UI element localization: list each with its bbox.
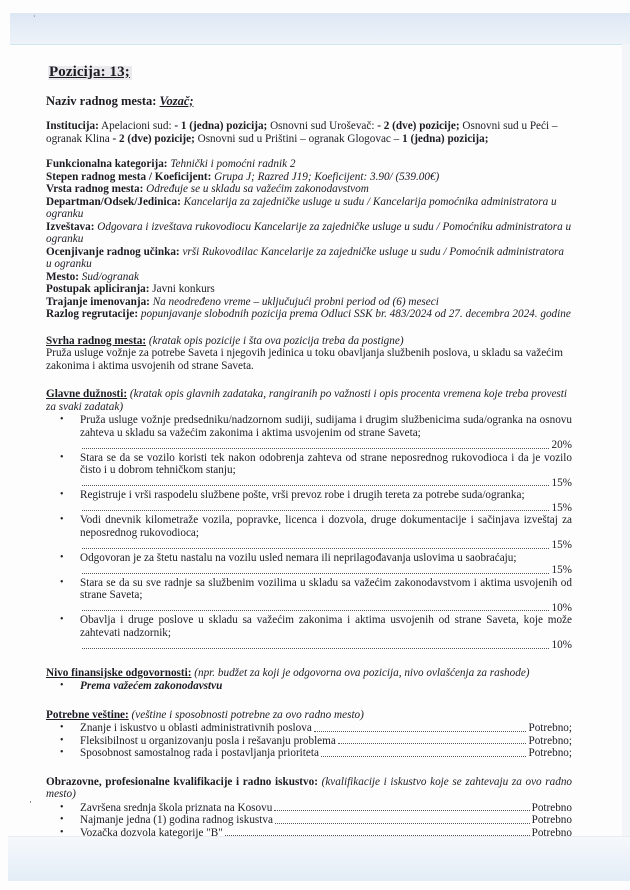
qualification-item-text: Najmanje jedna (1) godina radnog iskustv… (80, 814, 273, 827)
duty-text: Vodi dnevnik kilometraže vozila, popravk… (80, 514, 572, 539)
scan-bottom-band (8, 836, 630, 881)
qualifications-section: Obrazovne, profesionalne kvalifikacije i… (46, 776, 572, 840)
field-label: Izveštava: (46, 221, 94, 233)
financial-list: Prema važećem zakonodavstvu (46, 680, 572, 693)
duty-percent-line: 15% (80, 539, 572, 552)
duty-percent: 15% (551, 477, 572, 490)
field-value: Određuje se u skladu sa važećim zakonoda… (146, 183, 369, 195)
skill-item-requirement: Potrebno; (528, 735, 572, 748)
skill-item-text: Sposobnost samostalnog rada i postavljan… (80, 747, 319, 760)
duty-item: Stara se da su sve radnje sa službenim v… (80, 577, 572, 615)
skill-item-text: Fleksibilnost u organizovanju posla i re… (80, 735, 336, 748)
document-page: Pozicija: 13; Naziv radnog mesta: Vozač;… (46, 66, 572, 839)
dot-leader (82, 509, 549, 511)
purpose-section: Svrha radnog mesta: (kratak opis pozicij… (46, 335, 572, 373)
qualification-item-row: Završena srednja škola priznata na Kosov… (80, 802, 572, 815)
skill-item-text: Znanje i iskustvo u oblasti administrati… (80, 722, 312, 735)
duty-item: Obavlja i druge poslove u skladu sa važe… (80, 614, 572, 652)
dot-leader (225, 834, 530, 836)
institution-part: - 1 (jedna) pozicija; (174, 120, 267, 132)
dot-leader (82, 572, 549, 574)
dot-leader (275, 822, 530, 824)
purpose-note: (kratak opis pozicije i šta ova pozicija… (149, 335, 404, 347)
duty-percent: 20% (551, 439, 572, 452)
scan-top-band (10, 13, 630, 45)
scan-speck: · (33, 12, 36, 21)
position-title: Pozicija: 13; (48, 66, 132, 80)
job-name-value: Vozač; (160, 94, 194, 108)
field-row: Izveštava: Odgovara i izveštava rukovodi… (46, 221, 572, 246)
financial-section: Nivo finansijske odgovornosti: (npr. bud… (46, 667, 572, 693)
field-value: Na neodređeno vreme – uključujući probni… (153, 296, 439, 308)
institution: Institucija: Apelacioni sud: - 1 (jedna)… (46, 120, 572, 145)
skills-note: (veštine i sposobnosti potrebne za ovo r… (132, 709, 364, 721)
institution-part: 1 (jedna) pozicija; (402, 133, 488, 145)
duty-percent-line: 20% (80, 439, 572, 452)
field-value: Javni konkurs (152, 283, 214, 295)
skill-item: Znanje i iskustvo u oblasti administrati… (80, 722, 572, 735)
field-row: Mesto: Sud/ogranak (46, 271, 572, 284)
duty-text: Registruje i vrši raspodelu službene poš… (80, 489, 572, 502)
duty-item: Registruje i vrši raspodelu službene poš… (80, 489, 572, 514)
institution-part: Osnovni sud u Prištini – ogranak Glogova… (195, 133, 402, 145)
job-name-label: Naziv radnog mesta: (46, 94, 156, 108)
field-label: Funkcionalna kategorija: (46, 158, 168, 170)
scan-right-edge (622, 44, 630, 880)
skill-item-requirement: Potrebno; (528, 747, 572, 760)
skill-item-row: Znanje i iskustvo u oblasti administrati… (80, 722, 572, 735)
field-value: Sud/ogranak (82, 271, 139, 283)
duty-text: Obavlja i druge poslove u skladu sa važe… (80, 614, 572, 639)
skill-item-requirement: Potrebno; (528, 722, 572, 735)
skill-item: Fleksibilnost u organizovanju posla i re… (80, 735, 572, 748)
duty-item: Vodi dnevnik kilometraže vozila, popravk… (80, 514, 572, 552)
financial-note: (npr. budžet za koji je odgovorna ova po… (194, 667, 529, 679)
qualification-item: Najmanje jedna (1) godina radnog iskustv… (80, 814, 572, 827)
qualification-item-row: Vozačka dozvola kategorije "B"Potrebno (80, 827, 572, 840)
skills-list: Znanje i iskustvo u oblasti administrati… (46, 722, 572, 760)
field-row: Ocenjivanje radnog učinka: vrši Rukovodi… (46, 246, 572, 271)
field-label: Ocenjivanje radnog učinka: (46, 246, 180, 258)
field-value: popunjavanje slobodnih pozicija prema Od… (141, 308, 571, 320)
field-row: Postupak apliciranja: Javni konkurs (46, 283, 572, 296)
duty-percent-line: 15% (80, 477, 572, 490)
qualification-item-requirement: Potrebno (532, 802, 572, 815)
institution-part: Osnovni sud Uroševač: (267, 120, 377, 132)
dot-leader (82, 647, 549, 649)
skills-section: Potrebne veštine: (veštine i sposobnosti… (46, 709, 572, 760)
duty-percent: 15% (551, 539, 572, 552)
dot-leader (314, 730, 527, 732)
dot-leader (82, 447, 549, 449)
duty-text: Odgovoran je za štetu nastalu na vozilu … (80, 552, 572, 565)
field-row: Stepen radnog mesta / Koeficijent: Grupa… (46, 171, 572, 184)
dot-leader (82, 547, 549, 549)
field-label: Postupak apliciranja: (46, 283, 150, 295)
institution-label: Institucija: (46, 120, 99, 132)
field-row: Trajanje imenovanja: Na neodređeno vreme… (46, 296, 572, 309)
qualification-item: Vozačka dozvola kategorije "B"Potrebno (80, 827, 572, 840)
dot-leader (82, 484, 549, 486)
field-label: Trajanje imenovanja: (46, 296, 150, 308)
duty-percent-line: 15% (80, 564, 572, 577)
field-label: Mesto: (46, 271, 79, 283)
field-row: Razlog regrutacije: popunjavanje slobodn… (46, 308, 572, 321)
dot-leader (338, 742, 527, 744)
duty-percent: 10% (551, 602, 572, 615)
field-label: Departman/Odsek/Jedinica: (46, 196, 181, 208)
duty-percent: 15% (551, 564, 572, 577)
field-value: Odgovara i izveštava rukovodiocu Kancela… (46, 221, 571, 246)
purpose-text: Pruža usluge vožnje za potrebe Saveta i … (46, 347, 572, 372)
field-row: Funkcionalna kategorija: Tehnički i pomo… (46, 158, 572, 171)
qualification-item-requirement: Potrebno (532, 827, 572, 840)
dot-leader (321, 755, 527, 757)
duty-text: Stara se da su sve radnje sa službenim v… (80, 577, 572, 602)
scan-speck: · (29, 797, 32, 807)
financial-heading: Nivo finansijske odgovornosti: (46, 667, 191, 679)
duty-item: Odgovoran je za štetu nastalu na vozilu … (80, 552, 572, 577)
duty-percent: 15% (551, 502, 572, 515)
duty-item: Pruža usluge vožnje predsedniku/nadzorno… (80, 414, 572, 452)
skill-item-row: Sposobnost samostalnog rada i postavljan… (80, 747, 572, 760)
financial-item: Prema važećem zakonodavstvu (80, 680, 572, 693)
institution-part: Apelacioni sud: (99, 120, 175, 132)
duty-item: Stara se da se vozilo koristi tek nakon … (80, 452, 572, 490)
financial-item-text: Prema važećem zakonodavstvu (80, 680, 222, 692)
duty-text: Pruža usluge vožnje predsedniku/nadzorno… (80, 414, 572, 439)
duty-percent: 10% (551, 639, 572, 652)
skill-item: Sposobnost samostalnog rada i postavljan… (80, 747, 572, 760)
job-name: Naziv radnog mesta: Vozač; (46, 95, 572, 108)
duty-text: Stara se da se vozilo koristi tek nakon … (80, 452, 572, 477)
duty-percent-line: 10% (80, 602, 572, 615)
skill-item-row: Fleksibilnost u organizovanju posla i re… (80, 735, 572, 748)
qualifications-list: Završena srednja škola priznata na Kosov… (46, 802, 572, 840)
field-label: Razlog regrutacije: (46, 308, 138, 320)
duties-heading: Glavne dužnosti: (46, 388, 127, 400)
dot-leader (82, 609, 549, 611)
duty-percent-line: 10% (80, 639, 572, 652)
skills-heading: Potrebne veštine: (46, 709, 129, 721)
dot-leader (274, 809, 529, 811)
field-value: Tehnički i pomoćni radnik 2 (170, 158, 295, 170)
field-row: Departman/Odsek/Jedinica: Kancelarija za… (46, 196, 572, 221)
field-row: Vrsta radnog mesta: Određuje se u skladu… (46, 183, 572, 196)
institution-part: - 2 (dve) pozicije; (377, 120, 459, 132)
qualification-item-row: Najmanje jedna (1) godina radnog iskustv… (80, 814, 572, 827)
qualification-item: Završena srednja škola priznata na Kosov… (80, 802, 572, 815)
position-fields: Funkcionalna kategorija: Tehnički i pomo… (46, 158, 572, 321)
qualification-item-text: Vozačka dozvola kategorije "B" (80, 827, 223, 840)
purpose-heading: Svrha radnog mesta: (46, 335, 146, 347)
field-label: Stepen radnog mesta / Koeficijent: (46, 171, 211, 183)
institution-part: - 2 (dve) pozicije; (112, 133, 194, 145)
duties-list: Pruža usluge vožnje predsedniku/nadzorno… (46, 414, 572, 652)
qualification-item-requirement: Potrebno (532, 814, 572, 827)
field-label: Vrsta radnog mesta: (46, 183, 143, 195)
field-value: Grupa J; Razred J19; Koeficijent: 3.90/ … (214, 171, 439, 183)
duty-percent-line: 15% (80, 502, 572, 515)
qualification-item-text: Završena srednja škola priznata na Kosov… (80, 802, 272, 815)
institution-value: Apelacioni sud: - 1 (jedna) pozicija; Os… (46, 120, 557, 145)
qualifications-heading: Obrazovne, profesionalne kvalifikacije i… (46, 776, 318, 788)
duties-section: Glavne dužnosti: (kratak opis glavnih za… (46, 388, 572, 652)
